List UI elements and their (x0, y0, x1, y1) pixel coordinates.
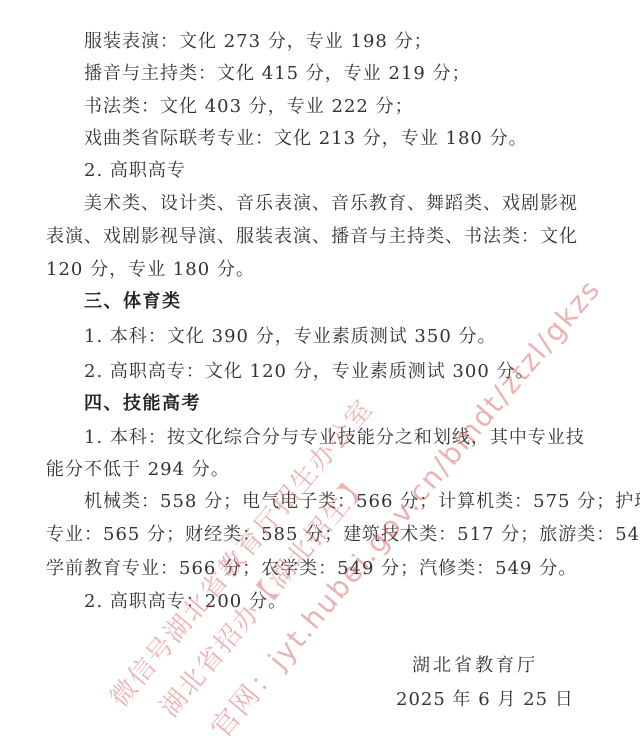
score-line-sports-vocational: 2. 高职高专：文化 120 分，专业素质测试 300 分。 (84, 361, 535, 383)
score-line-fashion: 服装表演：文化 273 分，专业 198 分； (84, 31, 433, 53)
section-heading-skills: 四、技能高考 (84, 393, 201, 415)
paragraph-line: 1. 本科：按文化综合分与专业技能分之和划线，其中专业技 (84, 427, 585, 449)
subheading-vocational-art: 2. 高职高专 (84, 160, 186, 182)
paragraph-line: 120 分，专业 180 分。 (46, 259, 255, 281)
section-heading-sports: 三、体育类 (84, 291, 182, 313)
score-line-calligraphy: 书法类：文化 403 分，专业 222 分； (84, 96, 414, 118)
score-line-broadcasting: 播音与主持类：文化 415 分，专业 219 分； (84, 63, 471, 85)
issue-date: 2025 年 6 月 25 日 (396, 689, 574, 711)
score-line-opera: 戏曲类省际联考专业：文化 213 分，专业 180 分。 (84, 128, 528, 150)
score-line-skills-vocational: 2. 高职高专：200 分。 (84, 591, 287, 613)
paragraph-line: 能分不低于 294 分。 (46, 459, 230, 481)
paragraph-line: 表演、戏剧影视导演、服装表演、播音与主持类、书法类：文化 (46, 226, 578, 248)
paragraph-line: 专业：565 分；财经类：585 分；建筑技术类：517 分；旅游类：544 分… (46, 524, 640, 546)
document-page: 服装表演：文化 273 分，专业 198 分； 播音与主持类：文化 415 分，… (0, 0, 640, 756)
paragraph-line: 学前教育专业：566 分；农学类：549 分；汽修类：549 分。 (46, 558, 577, 580)
paragraph-line: 机械类：558 分；电气电子类：566 分；计算机类：575 分；护理 (84, 491, 640, 513)
score-line-sports-undergrad: 1. 本科：文化 390 分，专业素质测试 350 分。 (84, 326, 497, 348)
paragraph-line: 美术类、设计类、音乐表演、音乐教育、舞蹈类、戏剧影视 (84, 193, 578, 215)
issuer-signature: 湖北省教育厅 (412, 655, 538, 677)
